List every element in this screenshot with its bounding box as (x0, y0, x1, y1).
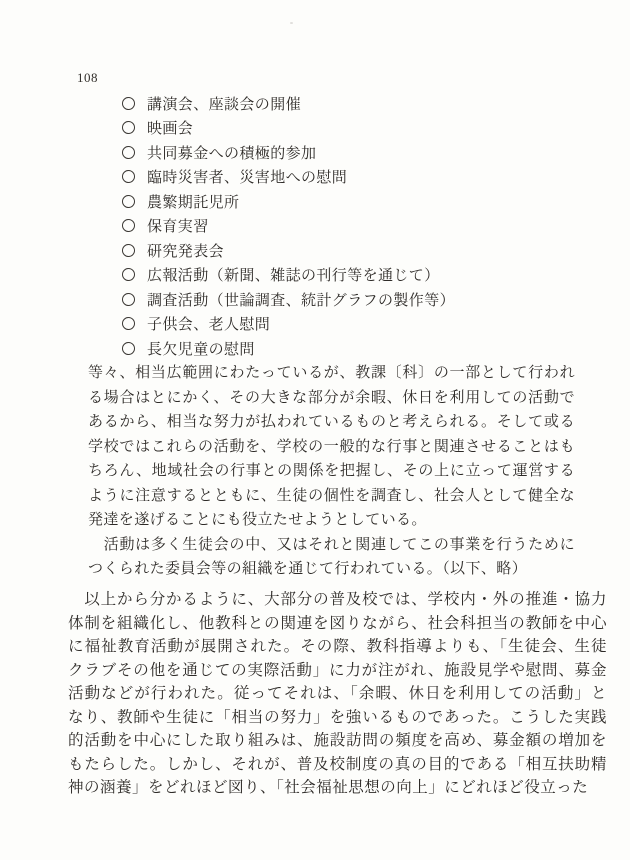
text-line: ように注意するとともに、生徒の個性を調査し、社会人として健全な (88, 484, 575, 509)
text-line: 等々、相当広範囲にわたっているが、教課〔科〕の一部として行われ (88, 361, 575, 386)
list-item-label: 映画会 (147, 117, 193, 138)
circle-bullet-icon (122, 146, 135, 159)
list-item-label: 講演会、座談会の開催 (147, 93, 301, 114)
page-number: 108 (77, 70, 98, 86)
circle-bullet-icon (122, 317, 135, 330)
text-line: る場合はとにかく、その大きな部分が余暇、休日を利用しての活動で (88, 386, 575, 411)
list-item-label: 子供会、老人慰問 (147, 313, 270, 334)
quoted-excerpt-paragraph: 等々、相当広範囲にわたっているが、教課〔科〕の一部として行われ る場合はとにかく… (88, 361, 575, 582)
list-item-label: 調査活動（世論調査、統計グラフの製作等） (147, 289, 455, 310)
activity-list: 講演会、座談会の開催 映画会 共同募金への積極的参加 臨時災害者、災害地への慰問… (122, 91, 562, 361)
list-item: 映画会 (122, 116, 562, 141)
text-line: 発達を遂げることにも役立たせようとしている。 (88, 508, 575, 533)
list-item: 調査活動（世論調査、統計グラフの製作等） (122, 287, 562, 312)
book-page: 108 講演会、座談会の開催 映画会 共同募金への積極的参加 臨時災害者、災害地… (0, 0, 630, 860)
circle-bullet-icon (122, 293, 135, 306)
list-item-label: 臨時災害者、災害地への慰問 (147, 166, 347, 187)
list-item-label: 長欠児童の慰問 (147, 338, 255, 359)
circle-bullet-icon (122, 121, 135, 134)
text-line: なり、教師や生徒に「相当の努力」を強いるものであった。こうした実践 (68, 706, 607, 730)
list-item-label: 研究発表会 (147, 240, 224, 261)
text-line: 活動などが行われた。従ってそれは、「余暇、休日を利用しての活動」と (68, 682, 607, 706)
circle-bullet-icon (122, 195, 135, 208)
circle-bullet-icon (122, 244, 135, 257)
text-line: つくられた委員会等の組織を通じて行われている。（以下、略） (88, 557, 575, 582)
list-item: 広報活動（新聞、雑誌の刊行等を通じて） (122, 263, 562, 288)
text-line: もたらした。しかし、それが、普及校制度の真の目的である「相互扶助精 (68, 753, 607, 777)
body-paragraph: 以上から分かるように、大部分の普及校では、学校内・外の推進・協力 体制を組織化し… (68, 588, 607, 800)
list-item: 臨時災害者、災害地への慰問 (122, 165, 562, 190)
circle-bullet-icon (122, 97, 135, 110)
text-line: 以上から分かるように、大部分の普及校では、学校内・外の推進・協力 (68, 588, 607, 612)
list-item-label: 保育実習 (147, 215, 209, 236)
text-line: 活動は多く生徒会の中、又はそれと関連してこの事業を行うために (88, 533, 575, 558)
scan-speck (518, 477, 520, 479)
list-item: 農繁期託児所 (122, 189, 562, 214)
list-item: 共同募金への積極的参加 (122, 140, 562, 165)
list-item: 講演会、座談会の開催 (122, 91, 562, 116)
circle-bullet-icon (122, 170, 135, 183)
text-line: あるから、相当な努力が払われているものと考えられる。そして或る (88, 410, 575, 435)
list-item-label: 共同募金への積極的参加 (147, 142, 316, 163)
list-item: 研究発表会 (122, 238, 562, 263)
circle-bullet-icon (122, 342, 135, 355)
text-line: 学校ではこれらの活動を、学校の一般的な行事と関連させることはも (88, 435, 575, 460)
scan-speck (290, 22, 293, 24)
list-item-label: 農繁期託児所 (147, 191, 239, 212)
text-line: 体制を組織化し、他教科との関連を図りながら、社会科担当の教師を中心 (68, 612, 607, 636)
text-line: に福祉教育活動が展開された。その際、教科指導よりも、「生徒会、生徒 (68, 635, 607, 659)
list-item-label: 広報活動（新聞、雑誌の刊行等を通じて） (147, 264, 440, 285)
text-line: 的活動を中心にした取り組みは、施設訪問の頻度を高め、募金額の増加を (68, 729, 607, 753)
list-item: 保育実習 (122, 214, 562, 239)
circle-bullet-icon (122, 268, 135, 281)
list-item: 子供会、老人慰問 (122, 312, 562, 337)
list-item: 長欠児童の慰問 (122, 336, 562, 361)
circle-bullet-icon (122, 219, 135, 232)
text-line: 神の涵養」をどれほど図り、「社会福祉思想の向上」にどれほど役立った (68, 776, 607, 800)
text-line: クラブその他を通じての実際活動」に力が注がれ、施設見学や慰問、募金 (68, 659, 607, 683)
text-line: ちろん、地域社会の行事との関係を把握し、その上に立って運営する (88, 459, 575, 484)
